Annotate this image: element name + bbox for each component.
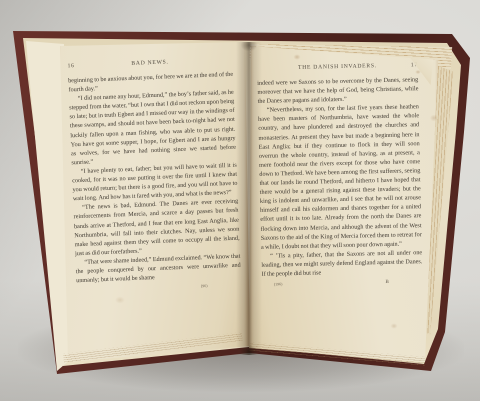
signature-mark: B xyxy=(385,280,388,285)
left-page-number: 16 xyxy=(67,63,81,70)
header-spacer xyxy=(218,61,232,62)
right-page: THE DANISH INVADERS. 17 indeed were we S… xyxy=(247,40,441,366)
right-running-title: THE DANISH INVADERS. xyxy=(298,63,377,71)
left-running-title: BAD NEWS. xyxy=(131,59,168,66)
right-press-mark: (196) xyxy=(274,281,283,286)
right-page-content: THE DANISH INVADERS. 17 indeed were we S… xyxy=(256,38,424,368)
paragraph: indeed were we Saxons so to be overcome … xyxy=(257,75,419,106)
left-page-header: 16 BAD NEWS. xyxy=(67,57,232,70)
paragraph: “The news is bad, Edmund. The Danes are … xyxy=(73,197,240,258)
paragraph: “That were shame indeed,” Edmund exclaim… xyxy=(75,252,241,286)
gutter-shadow xyxy=(236,42,262,355)
photo-background: 16 BAD NEWS. beginning to be anxious abo… xyxy=(0,0,480,401)
paragraph: “Nevertheless, my son, for the last five… xyxy=(258,102,422,251)
left-page: 16 BAD NEWS. beginning to be anxious abo… xyxy=(56,38,250,362)
left-page-content: 16 BAD NEWS. beginning to be anxious abo… xyxy=(67,35,245,365)
paragraph: “I did not name any hour, Edmund,” the b… xyxy=(69,88,237,167)
paragraph: “ ’Tis a pity, father, that the Saxons a… xyxy=(261,248,423,279)
right-page-header: THE DANISH INVADERS. 17 xyxy=(257,62,418,72)
